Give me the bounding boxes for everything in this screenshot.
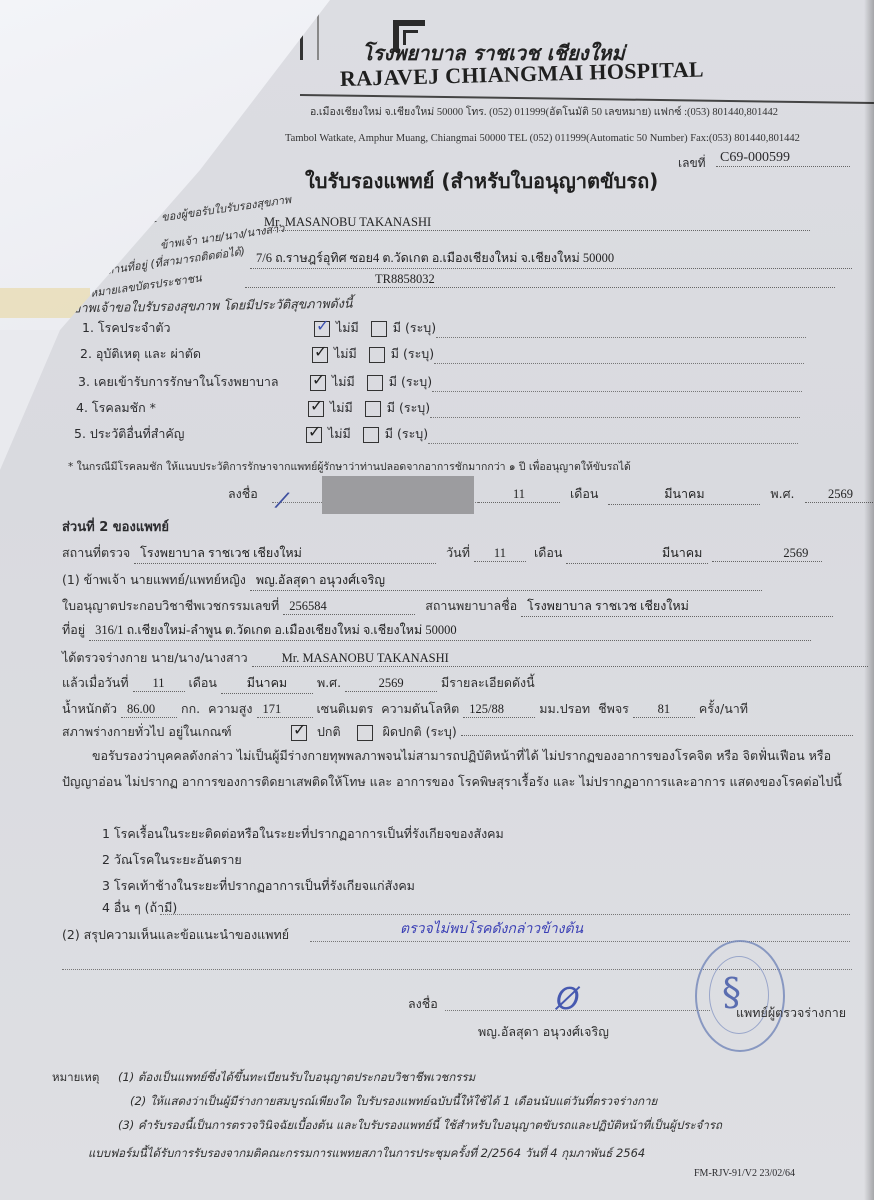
history-yes-checkbox[interactable] <box>369 347 385 363</box>
history-question: 1. โรคประจำตัว <box>82 318 314 338</box>
height-unit: เซนติเมตร <box>316 701 373 716</box>
history-no-checkbox[interactable] <box>308 401 324 417</box>
abnormal-checkbox[interactable] <box>357 725 373 741</box>
applicant-name: Mr. MASANOBU TAKANASHI <box>258 215 810 231</box>
hospital-address-th: อ.เมืองเชียงใหม่ จ.เชียงใหม่ 50000 โทร. … <box>310 103 778 120</box>
doctor-sign-label: ลงชื่อ <box>408 994 438 1014</box>
history-row: 5. ประวัติอื่นที่สำคัญไม่มีมี (ระบุ) <box>74 424 798 444</box>
normal-checkbox[interactable] <box>291 725 307 741</box>
part2-heading: ส่วนที่ 2 ของแพทย์ <box>62 516 169 537</box>
history-yes-checkbox[interactable] <box>365 401 381 417</box>
weight-label: น้ำหนักตัว <box>62 701 117 716</box>
history-intro: ข้าพเจ้าขอใบรับรองสุขภาพ โดยมีประวัติสุข… <box>72 294 353 319</box>
history-yes-label: มี (ระบุ) <box>389 374 432 389</box>
general-condition-label: สภาพร่างกายทั่วไป อยู่ในเกณฑ์ <box>62 722 287 742</box>
note-item: (3) คำรับรองนี้เป็นการตรวจวินิจฉัยเบื้อง… <box>118 1117 722 1135</box>
exam-month: มีนาคม <box>566 543 708 564</box>
history-no-checkbox[interactable] <box>310 375 326 391</box>
doctor-name: พญ.อัลสุดา อนุวงศ์เจริญ <box>250 570 762 591</box>
page-edge-shadow <box>864 0 874 1200</box>
exam-place: โรงพยาบาล ราชเวช เชียงใหม่ <box>134 543 436 564</box>
exam-day-label: วันที่ <box>446 545 470 560</box>
applicant-month-label: เดือน <box>570 486 598 501</box>
facility-name: โรงพยาบาล ราชเวช เชียงใหม่ <box>521 596 833 617</box>
doctor-signature: Ø <box>556 982 580 1017</box>
exam-year: 2569 <box>712 546 822 562</box>
history-yes-label: มี (ระบุ) <box>385 426 428 441</box>
history-detail-line <box>434 351 804 364</box>
exam-month-label: เดือน <box>534 545 562 560</box>
history-yes-checkbox[interactable] <box>363 427 379 443</box>
summary-label: (2) สรุปความเห็นและข้อแนะนำของแพทย์ <box>62 925 289 945</box>
history-row: 4. โรคลมชัก *ไม่มีมี (ระบุ) <box>76 398 800 418</box>
doctor-label: (1) ข้าพเจ้า นายแพทย์/แพทย์หญิง <box>62 572 246 587</box>
applicant-address: 7/6 ถ.ราษฎร์อุทิศ ซอย4 ต.วัดเกต อ.เมืองเ… <box>250 248 852 269</box>
document-number: C69-000599 <box>716 150 850 167</box>
applicant-year-label: พ.ศ. <box>770 486 794 501</box>
history-question: 5. ประวัติอื่นที่สำคัญ <box>74 424 306 444</box>
exam-place-label: สถานที่ตรวจ <box>62 545 130 560</box>
history-detail-line <box>436 325 806 338</box>
doctor-address-label: ที่อยู่ <box>62 622 85 637</box>
exam-date-month-label: เดือน <box>189 675 217 690</box>
exam-day: 11 <box>474 546 526 562</box>
abnormal-detail <box>461 735 853 736</box>
history-no-checkbox[interactable] <box>314 321 330 337</box>
history-yes-checkbox[interactable] <box>367 375 383 391</box>
redacted-signature <box>322 476 474 514</box>
history-yes-label: มี (ระบุ) <box>387 400 430 415</box>
weight-value: 86.00 <box>121 702 177 718</box>
hospital-address-en: Tambol Watkate, Amphur Muang, Chiangmai … <box>285 133 800 144</box>
disease-list-item: 2 วัณโรคในระยะอันตราย <box>102 850 242 870</box>
history-yes-label: มี (ระบุ) <box>393 320 436 335</box>
history-question: 2. อุบัติเหตุ และ ผ่าตัด <box>80 344 312 364</box>
disease-list-item: 3 โรคเท้าช้างในระยะที่ปรากฏอาการเป็นที่ร… <box>102 876 415 896</box>
history-row: 3. เคยเข้ารับการรักษาในโรงพยาบาลไม่มีมี … <box>78 372 802 392</box>
license-number: 256584 <box>283 599 415 615</box>
epilepsy-note: * ในกรณีมีโรคลมชัก ให้แนบประวัติการรักษา… <box>68 458 631 475</box>
applicant-sign-month: มีนาคม <box>608 484 760 505</box>
bp-value: 125/88 <box>463 702 535 718</box>
history-no-label: ไม่มี <box>330 400 353 415</box>
history-row: 2. อุบัติเหตุ และ ผ่าตัดไม่มีมี (ระบุ) <box>80 344 804 364</box>
history-detail-line <box>428 431 798 444</box>
history-detail-line <box>430 405 800 418</box>
history-no-label: ไม่มี <box>334 346 357 361</box>
document-number-label: เลขที่ <box>678 154 706 173</box>
history-detail-line <box>432 379 802 392</box>
normal-label: ปกติ <box>317 724 341 739</box>
history-no-label: ไม่มี <box>332 374 355 389</box>
examined-name: Mr. MASANOBU TAKANASHI <box>252 651 868 667</box>
doctor-summary: ตรวจไม่พบโรคดังกล่าวข้างต้น <box>400 918 583 940</box>
applicant-sign-label: ลงชื่อ <box>228 484 258 504</box>
history-question: 3. เคยเข้ารับการรักษาในโรงพยาบาล <box>78 372 310 392</box>
history-row: 1. โรคประจำตัวไม่มีมี (ระบุ) <box>82 318 806 338</box>
disease-list-item: 1 โรคเรื้อนในระยะติดต่อหรือในระยะที่ปราก… <box>102 824 504 844</box>
weight-unit: กก. <box>181 701 200 716</box>
history-yes-checkbox[interactable] <box>371 321 387 337</box>
applicant-sign-day: 11 <box>478 487 560 503</box>
facility-label: สถานพยาบาลชื่อ <box>425 598 517 613</box>
pulse-label: ชีพจร <box>598 701 629 716</box>
doctor-address: 316/1 ถ.เชียงใหม่-ลำพูน ต.วัดเกต อ.เมือง… <box>89 620 811 641</box>
exam-date-year-label: พ.ศ. <box>317 675 341 690</box>
disease-list-item: 4 อื่น ๆ (ถ้ามี) <box>102 898 177 918</box>
exam-date-day: 11 <box>133 676 185 692</box>
height-label: ความสูง <box>208 701 252 716</box>
note-item: (2) ให้แสดงว่าเป็นผู้มีร่างกายสมบูรณ์เพี… <box>130 1093 657 1111</box>
abnormal-label: ผิดปกติ (ระบุ) <box>383 724 457 739</box>
bp-label: ความดันโลหิต <box>381 701 459 716</box>
applicant-id: TR8858032 <box>245 272 835 288</box>
signer-role: แพทย์ผู้ตรวจร่างกาย <box>736 1003 846 1023</box>
bp-unit: มม.ปรอท <box>539 701 590 716</box>
document-title: ใบรับรองแพทย์ (สำหรับใบอนุญาตขับรถ) <box>305 165 658 197</box>
signer-name: พญ.อัลสุดา อนุวงศ์เจริญ <box>478 1022 609 1042</box>
history-no-checkbox[interactable] <box>312 347 328 363</box>
height-value: 171 <box>257 702 313 718</box>
history-question: 4. โรคลมชัก * <box>76 398 308 418</box>
exam-date-label: แล้วเมื่อวันที่ <box>62 675 129 690</box>
other-disease-line <box>160 914 850 915</box>
pulse-unit: ครั้ง/นาที <box>699 701 748 716</box>
history-no-checkbox[interactable] <box>306 427 322 443</box>
note-item: (1) ต้องเป็นแพทย์ซึ่งได้ขึ้นทะเบียนรับใบ… <box>118 1069 475 1087</box>
notes-label: หมายเหตุ <box>52 1069 99 1087</box>
summary-line-1 <box>310 941 850 942</box>
form-approval: แบบฟอร์มนี้ได้รับการรับรองจากมติคณะกรรมก… <box>88 1145 645 1163</box>
applicant-signature-mark: / <box>275 487 289 513</box>
pulse-value: 81 <box>633 702 695 718</box>
exam-date-year: 2569 <box>345 676 437 692</box>
examined-label: ได้ตรวจร่างกาย นาย/นาง/นางสาว <box>62 650 248 665</box>
form-code: FM-RJV-91/V2 23/02/64 <box>694 1168 795 1179</box>
details-label: มีรายละเอียดดังนี้ <box>441 675 535 690</box>
history-no-label: ไม่มี <box>328 426 351 441</box>
license-label: ใบอนุญาตประกอบวิชาชีพเวชกรรมเลขที่ <box>62 598 279 613</box>
exam-date-month: มีนาคม <box>221 673 313 694</box>
certification-text: ขอรับรองว่าบุคคลดังกล่าว ไม่เป็นผู้มีร่า… <box>62 743 852 795</box>
history-yes-label: มี (ระบุ) <box>391 346 434 361</box>
history-no-label: ไม่มี <box>336 320 359 335</box>
